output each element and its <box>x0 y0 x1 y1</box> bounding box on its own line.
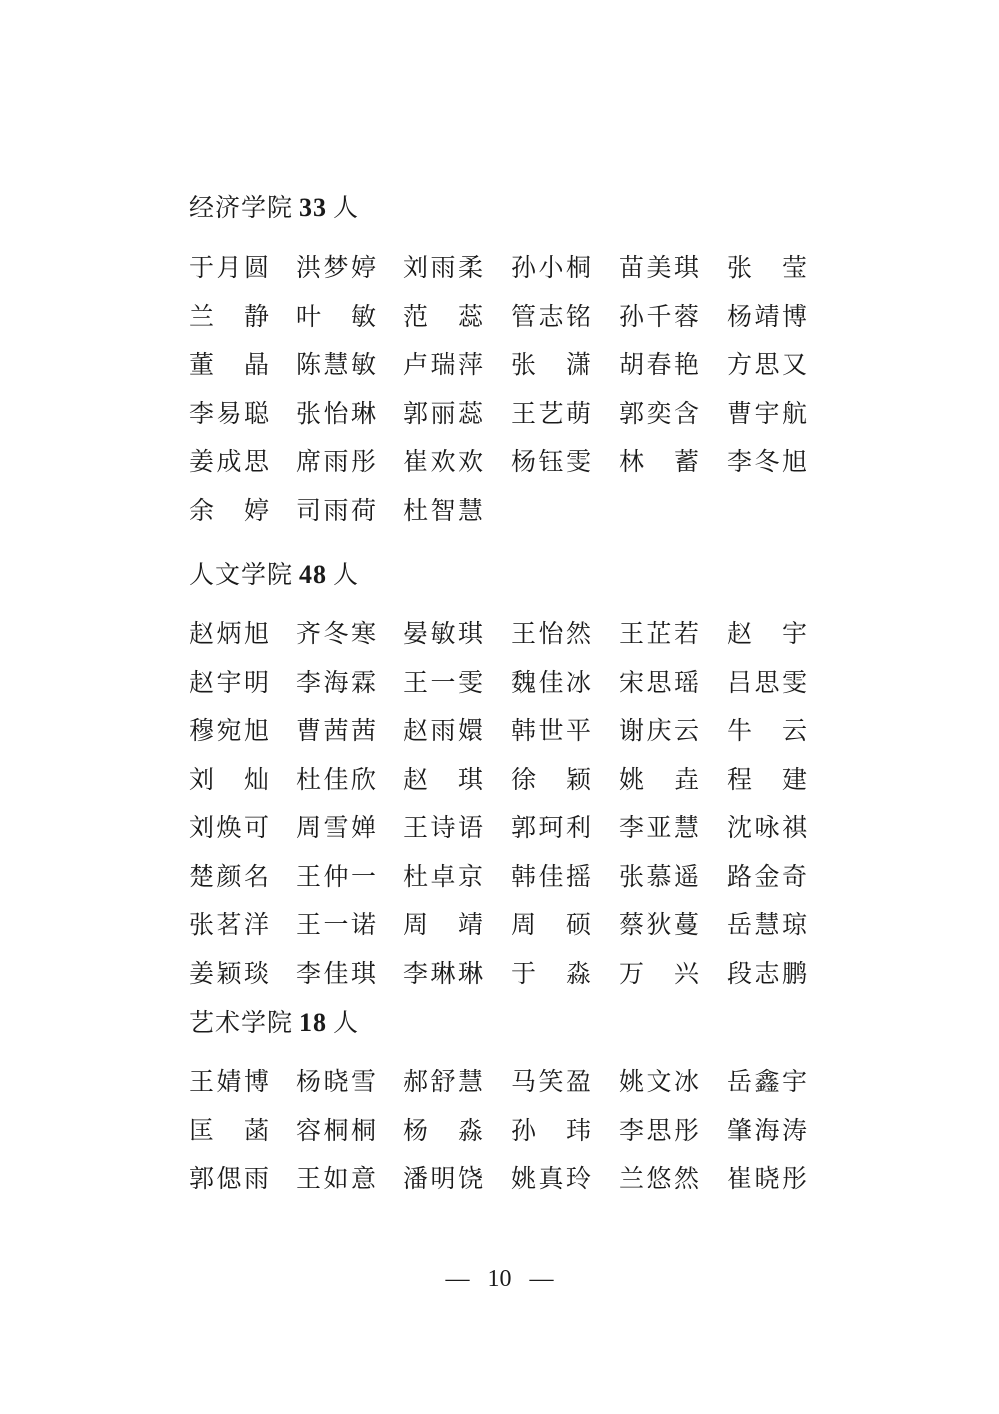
person-name: 宋思瑶 <box>619 667 699 699</box>
person-name: 兰静 <box>189 301 269 333</box>
person-name: 王一雯 <box>403 667 483 699</box>
person-name: 司雨荷 <box>296 495 376 527</box>
person-name: 张茗洋 <box>189 909 269 941</box>
person-name: 李易聪 <box>189 398 269 430</box>
person-name: 孙千蓉 <box>619 301 699 333</box>
section-count: 33 <box>299 193 327 222</box>
person-name: 李海霖 <box>296 667 376 699</box>
person-name: 孙玮 <box>511 1115 591 1147</box>
person-name: 郭珂利 <box>511 812 591 844</box>
person-name: 郭奕含 <box>619 398 699 430</box>
person-name: 王艺萌 <box>511 398 591 430</box>
footer-dash-right: — <box>530 1266 554 1293</box>
person-name: 张潇 <box>511 349 591 381</box>
section-unit: 人 <box>333 560 359 589</box>
person-name: 张莹 <box>727 252 807 284</box>
footer-dash-left: — <box>446 1266 470 1293</box>
person-name: 李亚慧 <box>619 812 699 844</box>
section-unit: 人 <box>333 193 359 222</box>
person-name: 于淼 <box>511 958 591 990</box>
person-name: 韩佳摇 <box>511 861 591 893</box>
person-name: 胡春艳 <box>619 349 699 381</box>
person-name: 魏佳冰 <box>511 667 591 699</box>
person-name: 沈咏祺 <box>727 812 807 844</box>
person-name: 姜成思 <box>189 446 269 478</box>
person-name: 杜佳欣 <box>296 764 376 796</box>
person-name: 杜卓京 <box>403 861 483 893</box>
section-name: 人文学院 <box>189 560 293 589</box>
person-name: 郭丽蕊 <box>403 398 483 430</box>
person-name: 赵炳旭 <box>189 618 269 650</box>
person-name: 王如意 <box>296 1163 376 1195</box>
person-name: 王芷若 <box>619 618 699 650</box>
person-name: 谢庆云 <box>619 715 699 747</box>
person-name: 林蓄 <box>619 446 699 478</box>
person-name: 王仲一 <box>296 861 376 893</box>
person-name: 杨淼 <box>403 1115 483 1147</box>
person-name: 余婷 <box>189 495 269 527</box>
person-name: 岳鑫宇 <box>727 1066 807 1098</box>
person-name: 于月圆 <box>189 252 269 284</box>
person-name: 刘雨柔 <box>403 252 483 284</box>
person-name: 赵宇 <box>727 618 807 650</box>
person-name: 崔晓彤 <box>727 1163 807 1195</box>
person-name: 周靖 <box>403 909 483 941</box>
person-name: 肇海涛 <box>727 1115 807 1147</box>
person-name: 范蕊 <box>403 301 483 333</box>
person-name: 管志铭 <box>511 301 591 333</box>
person-name: 蔡狄蔓 <box>619 909 699 941</box>
person-name: 李思彤 <box>619 1115 699 1147</box>
person-name: 王诗语 <box>403 812 483 844</box>
person-name: 叶敏 <box>296 301 376 333</box>
document-page: 经济学院33人 于月圆洪梦婷刘雨柔孙小桐苗美琪张莹兰静叶敏范蕊管志铭孙千蓉杨靖博… <box>0 0 999 1414</box>
person-name: 潘明饶 <box>403 1163 483 1195</box>
person-name: 陈慧敏 <box>296 349 376 381</box>
person-name: 张怡琳 <box>296 398 376 430</box>
person-name: 段志鹏 <box>727 958 807 990</box>
person-name: 赵雨嬛 <box>403 715 483 747</box>
section-title-arts: 艺术学院18人 <box>189 1008 359 1038</box>
person-name: 崔欢欢 <box>403 446 483 478</box>
person-name: 穆宛旭 <box>189 715 269 747</box>
person-name: 周雪婵 <box>296 812 376 844</box>
section-title-economics: 经济学院33人 <box>189 193 359 223</box>
person-name: 席雨彤 <box>296 446 376 478</box>
section-count: 48 <box>299 560 327 589</box>
person-name: 楚颜名 <box>189 861 269 893</box>
person-name: 李琳琳 <box>403 958 483 990</box>
person-name: 杨靖博 <box>727 301 807 333</box>
person-name: 刘灿 <box>189 764 269 796</box>
person-name: 李佳琪 <box>296 958 376 990</box>
person-name: 曹宇航 <box>727 398 807 430</box>
person-name: 岳慧琼 <box>727 909 807 941</box>
section-count: 18 <box>299 1008 327 1037</box>
section-name: 经济学院 <box>189 193 293 222</box>
person-name: 姚垚 <box>619 764 699 796</box>
person-name: 吕思雯 <box>727 667 807 699</box>
person-name: 徐颖 <box>511 764 591 796</box>
person-name: 姜颖琰 <box>189 958 269 990</box>
person-name: 匡菡 <box>189 1115 269 1147</box>
person-name: 晏敏琪 <box>403 618 483 650</box>
person-name: 牛云 <box>727 715 807 747</box>
person-name: 董晶 <box>189 349 269 381</box>
person-name: 赵宇明 <box>189 667 269 699</box>
person-name: 路金奇 <box>727 861 807 893</box>
person-name: 张慕遥 <box>619 861 699 893</box>
person-name: 王怡然 <box>511 618 591 650</box>
page-footer: —10— <box>0 1266 999 1293</box>
person-name: 容桐桐 <box>296 1115 376 1147</box>
person-name: 方思又 <box>727 349 807 381</box>
person-name: 兰悠然 <box>619 1163 699 1195</box>
person-name: 王一诺 <box>296 909 376 941</box>
person-name: 韩世平 <box>511 715 591 747</box>
person-name: 孙小桐 <box>511 252 591 284</box>
person-name: 洪梦婷 <box>296 252 376 284</box>
person-name: 杜智慧 <box>403 495 483 527</box>
person-name: 李冬旭 <box>727 446 807 478</box>
person-name: 苗美琪 <box>619 252 699 284</box>
person-name: 曹茜茜 <box>296 715 376 747</box>
person-name: 赵琪 <box>403 764 483 796</box>
person-name: 姚文冰 <box>619 1066 699 1098</box>
person-name: 杨钰雯 <box>511 446 591 478</box>
person-name: 王婧博 <box>189 1066 269 1098</box>
person-name: 郝舒慧 <box>403 1066 483 1098</box>
page-number: 10 <box>488 1266 512 1292</box>
section-title-humanities: 人文学院48人 <box>189 560 359 590</box>
person-name: 万兴 <box>619 958 699 990</box>
section-name: 艺术学院 <box>189 1008 293 1037</box>
person-name: 郭偲雨 <box>189 1163 269 1195</box>
person-name: 卢瑞萍 <box>403 349 483 381</box>
person-name: 杨晓雪 <box>296 1066 376 1098</box>
person-name: 刘焕可 <box>189 812 269 844</box>
person-name: 周硕 <box>511 909 591 941</box>
person-name: 齐冬寒 <box>296 618 376 650</box>
person-name: 姚真玲 <box>511 1163 591 1195</box>
section-unit: 人 <box>333 1008 359 1037</box>
person-name: 程建 <box>727 764 807 796</box>
person-name: 马笑盈 <box>511 1066 591 1098</box>
